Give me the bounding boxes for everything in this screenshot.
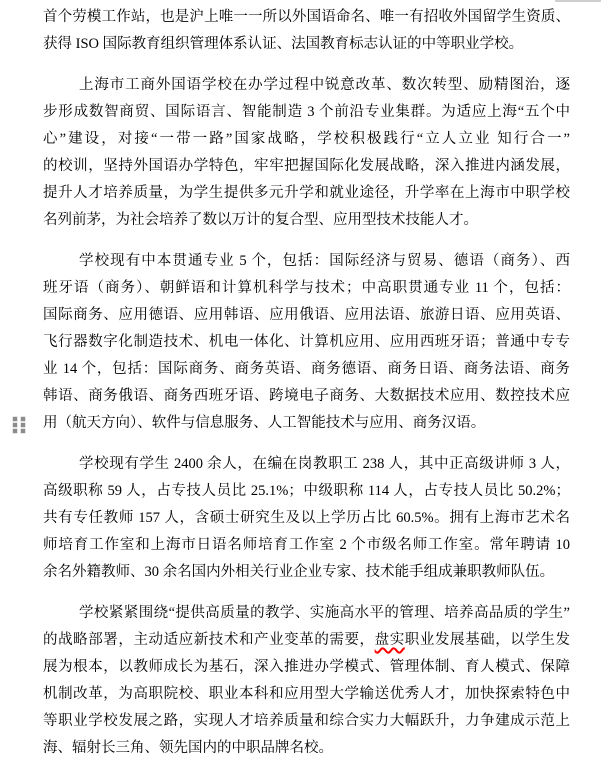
text-run: 步形成数智商贸、国际语言、智能制造 3 个前沿专业集群。为适应上海“五个中 xyxy=(43,104,570,120)
text-line: 共有专任教师 157 人，含硕士研究生及以上学历占比 60.5%。拥有上海市艺术… xyxy=(43,505,570,532)
text-line: 提升人才培养质量，为学生提供多元升学和就业途径，升学率在上海市中职学校 xyxy=(43,180,570,207)
text-run: 班牙语（商务）、朝鲜语和计算机科学与技术；中高职贯通专业 11 个，包括： xyxy=(43,280,570,296)
text-line: 师培育工作室和上海市日语名师培育工作室 2 个市级名师工作室。常年聘请 10 xyxy=(43,532,570,559)
text-run: 机制改革，为高职院校、职业本科和应用型大学输送优秀人才，加快探索特色中 xyxy=(43,686,570,702)
text-line: 获得 ISO 国际教育组织管理体系认证、法国教育标志认证的中等职业学校。 xyxy=(43,31,570,58)
text-line: 首个劳模工作站，也是沪上唯一一所以外国语命名、唯一有招收外国留学生资质、 xyxy=(43,4,570,31)
text-line: 学校现有中本贯通专业 5 个，包括：国际经济与贸易、德语（商务）、西 xyxy=(43,248,570,275)
text-run: 用（航天方向）、软件与信息服务、人工智能技术与应用、商务汉语。 xyxy=(43,415,485,431)
text-run: 余名外籍教师、30 余名国内外相关行业企业专家、技术能手组成兼职教师队伍。 xyxy=(43,564,554,580)
text-run: 心”建设，对接“一带一路”国家战略，学校积极践行“立人立业 知行合一” xyxy=(43,131,570,147)
paragraph: 学校现有学生 2400 余人，在编在岗教职工 238 人，其中正高级讲师 3 人… xyxy=(43,451,570,586)
text-run: 提升人才培养质量，为学生提供多元升学和就业途径，升学率在上海市中职学校 xyxy=(43,185,570,201)
paragraph: 首个劳模工作站，也是沪上唯一一所以外国语命名、唯一有招收外国留学生资质、获得 I… xyxy=(43,4,570,58)
text-line: 步形成数智商贸、国际语言、智能制造 3 个前沿专业集群。为适应上海“五个中 xyxy=(43,99,570,126)
text-line: 飞行器数字化制造技术、机电一体化、计算机应用、应用西班牙语；普通中专专 xyxy=(43,329,570,356)
text-line: 韩语、商务俄语、商务西班牙语、跨境电子商务、大数据技术应用、数控技术应 xyxy=(43,383,570,410)
text-line: 心”建设，对接“一带一路”国家战略，学校积极践行“立人立业 知行合一” xyxy=(43,126,570,153)
text-line: 高级职称 59 人，占专技人员比 25.1%；中级职称 114 人，占专技人员比… xyxy=(43,478,570,505)
text-run: 上海市工商外国语学校在办学过程中锐意改革、数次转型、励精图治，逐 xyxy=(79,77,570,93)
text-line: 的校训，坚持外国语办学特色，牢牢把握国际化发展战略，深入推进内涵发展， xyxy=(43,153,570,180)
text-run: 获得 ISO 国际教育组织管理体系认证、法国教育标志认证的中等职业学校。 xyxy=(43,36,523,52)
misspelled-word: 盘实 xyxy=(375,632,405,648)
drag-handle-dot xyxy=(21,417,25,421)
text-run: 展为根本，以教师成长为基石，深入推进办学模式、管理体制、育人模式、保障 xyxy=(43,659,570,675)
text-run: 海、辐射长三角、领先国内的中职品牌名校。 xyxy=(43,740,333,756)
drag-handle-dot xyxy=(13,423,17,427)
text-run: 学校现有学生 2400 余人，在编在岗教职工 238 人，其中正高级讲师 3 人… xyxy=(79,456,570,472)
text-run: 名列前茅，为社会培养了数以万计的复合型、应用型技术技能人才。 xyxy=(43,212,478,228)
text-line: 的战略部署，主动适应新技术和产业变革的需要，盘实职业发展基础，以学生发 xyxy=(43,627,570,654)
drag-handle-dot xyxy=(13,417,17,421)
text-line: 名列前茅，为社会培养了数以万计的复合型、应用型技术技能人才。 xyxy=(43,207,570,234)
text-run: 高级职称 59 人，占专技人员比 25.1%；中级职称 114 人，占专技人员比… xyxy=(43,483,570,499)
document-body[interactable]: 首个劳模工作站，也是沪上唯一一所以外国语命名、唯一有招收外国留学生资质、获得 I… xyxy=(43,4,570,762)
drag-handle-dot xyxy=(21,423,25,427)
text-line: 展为根本，以教师成长为基石，深入推进办学模式、管理体制、育人模式、保障 xyxy=(43,654,570,681)
top-edge-divider xyxy=(555,0,601,2)
text-line: 学校现有学生 2400 余人，在编在岗教职工 238 人，其中正高级讲师 3 人… xyxy=(43,451,570,478)
text-run: 等职业学校发展之路，实现人才培养质量和综合实力大幅跃升，力争建成示范上 xyxy=(43,713,570,729)
text-run: 学校现有中本贯通专业 5 个，包括：国际经济与贸易、德语（商务）、西 xyxy=(79,253,570,269)
text-line: 海、辐射长三角、领先国内的中职品牌名校。 xyxy=(43,735,570,762)
text-line: 余名外籍教师、30 余名国内外相关行业企业专家、技术能手组成兼职教师队伍。 xyxy=(43,559,570,586)
text-line: 业 14 个，包括：国际商务、商务英语、商务德语、商务日语、商务法语、商务 xyxy=(43,356,570,383)
text-line: 国际商务、应用德语、应用韩语、应用俄语、应用法语、旅游日语、应用英语、 xyxy=(43,302,570,329)
paragraph: 学校现有中本贯通专业 5 个，包括：国际经济与贸易、德语（商务）、西班牙语（商务… xyxy=(43,248,570,437)
text-run: 韩语、商务俄语、商务西班牙语、跨境电子商务、大数据技术应用、数控技术应 xyxy=(43,388,570,404)
text-run: 首个劳模工作站，也是沪上唯一一所以外国语命名、唯一有招收外国留学生资质、 xyxy=(43,9,570,25)
text-line: 班牙语（商务）、朝鲜语和计算机科学与技术；中高职贯通专业 11 个，包括： xyxy=(43,275,570,302)
text-run: 师培育工作室和上海市日语名师培育工作室 2 个市级名师工作室。常年聘请 10 xyxy=(43,537,570,553)
text-line: 学校紧紧围绕“提供高质量的教学、实施高水平的管理、培养高品质的学生” xyxy=(43,600,570,627)
paragraph: 上海市工商外国语学校在办学过程中锐意改革、数次转型、励精图治，逐步形成数智商贸、… xyxy=(43,72,570,234)
text-run: 学校紧紧围绕“提供高质量的教学、实施高水平的管理、培养高品质的学生” xyxy=(79,605,570,621)
text-run: 的校训，坚持外国语办学特色，牢牢把握国际化发展战略，深入推进内涵发展， xyxy=(43,158,570,174)
text-run: 职业发展基础，以学生发 xyxy=(405,632,570,648)
drag-handle-dot xyxy=(13,429,17,433)
drag-handle-dot xyxy=(21,429,25,433)
text-run: 国际商务、应用德语、应用韩语、应用俄语、应用法语、旅游日语、应用英语、 xyxy=(43,307,570,323)
text-line: 用（航天方向）、软件与信息服务、人工智能技术与应用、商务汉语。 xyxy=(43,410,570,437)
text-run: 共有专任教师 157 人，含硕士研究生及以上学历占比 60.5%。拥有上海市艺术… xyxy=(43,510,570,526)
text-run: 业 14 个，包括：国际商务、商务英语、商务德语、商务日语、商务法语、商务 xyxy=(43,361,570,377)
paragraph: 学校紧紧围绕“提供高质量的教学、实施高水平的管理、培养高品质的学生”的战略部署，… xyxy=(43,600,570,762)
document-page: { "document": { "language": "zh-CN", "te… xyxy=(0,0,614,768)
text-run: 的战略部署，主动适应新技术和产业变革的需要， xyxy=(43,632,375,648)
text-line: 上海市工商外国语学校在办学过程中锐意改革、数次转型、励精图治，逐 xyxy=(43,72,570,99)
text-run: 飞行器数字化制造技术、机电一体化、计算机应用、应用西班牙语；普通中专专 xyxy=(43,334,570,350)
text-line: 等职业学校发展之路，实现人才培养质量和综合实力大幅跃升，力争建成示范上 xyxy=(43,708,570,735)
text-line: 机制改革，为高职院校、职业本科和应用型大学输送优秀人才，加快探索特色中 xyxy=(43,681,570,708)
drag-handle-icon[interactable] xyxy=(13,417,25,433)
